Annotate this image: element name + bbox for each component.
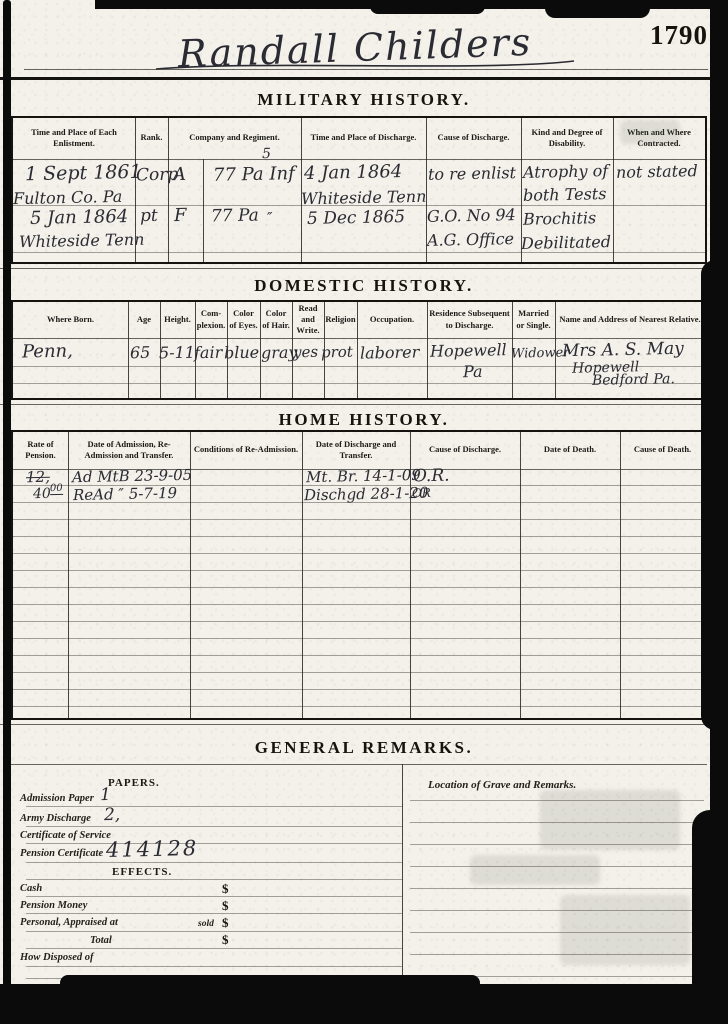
bleedthrough-smudge [620, 120, 680, 144]
name-rule-heavy [0, 77, 712, 80]
hw-rate-new: 40 [33, 486, 51, 502]
effects-rule-4 [26, 948, 402, 949]
col-header-date-death: Date of Death. [520, 432, 620, 468]
hw-home-discharge-1: Mt. Br. 14-1-09 [306, 466, 421, 486]
hw-occupation: laborer [360, 342, 420, 362]
home-bottom-double-rule [0, 724, 710, 725]
home-history-title: HOME HISTORY. [0, 410, 728, 430]
hw-cause-discharge-2b: A.G. Office [427, 229, 514, 250]
effects-rule-5 [26, 966, 402, 967]
col-header-readmission-conditions: Conditions of Re-Admission. [190, 432, 302, 468]
label-pension-money: Pension Money [20, 900, 87, 911]
hw-complexion: fair [194, 343, 223, 363]
col-header-residence: Residence Subsequent to Discharge. [427, 302, 512, 337]
hw-regiment-ditto: ″ [267, 209, 273, 227]
home-row-rule-13 [13, 689, 705, 690]
papers-heading: PAPERS. [108, 777, 160, 789]
col-header-company-regiment: Company and Regiment. [168, 118, 301, 158]
hw-married: Widower [511, 345, 570, 361]
hw-cause-discharge-2a: G.O. No 94 [427, 205, 516, 226]
pension-money-dollar-sign: $ [222, 898, 229, 914]
hw-discharge-place-1: Whiteside Tenn [301, 187, 427, 209]
home-row-rule-5 [13, 553, 705, 554]
col-header-born: Where Born. [13, 302, 128, 337]
bleedthrough-smudge [470, 855, 600, 885]
hw-born: Penn, [22, 340, 73, 362]
home-row-rule-6 [13, 570, 705, 571]
home-row-rule-7 [13, 587, 705, 588]
effects-rule-1 [26, 896, 402, 897]
scan-edge-right-blob-1 [701, 260, 728, 730]
general-remarks-top-rule [11, 764, 707, 765]
domestic-header-rule [13, 338, 705, 339]
bleedthrough-smudge [540, 790, 680, 850]
papers-rule-1 [26, 806, 402, 807]
hw-army-discharge-value: 2, [104, 805, 121, 825]
hw-enlistment-date-1: 1 Sept 1861 [25, 161, 142, 185]
hw-regiment-superscript: 5 [262, 146, 271, 162]
home-colline-3 [302, 432, 303, 718]
col-header-religion: Religion [324, 302, 357, 337]
military-bottom-double-rule [0, 268, 710, 269]
hw-discharge-date-2: 5 Dec 1865 [307, 207, 406, 229]
hw-height: 5-11 [159, 343, 195, 363]
total-dollar-sign: $ [222, 932, 229, 948]
general-remarks-title: GENERAL REMARKS. [0, 738, 728, 758]
hw-contracted-1: not stated [616, 161, 698, 182]
effects-rule-3 [26, 931, 402, 932]
hw-company-1: A [173, 164, 186, 185]
military-colline-7 [613, 118, 614, 262]
hw-religion: prot [321, 343, 353, 362]
military-history-title: MILITARY HISTORY. [0, 90, 728, 110]
hw-rate-new-superscript: 00 [50, 483, 63, 495]
hw-home-cause-1: O.R. [413, 466, 450, 487]
hw-relative-1: Mrs A. S. May [562, 339, 684, 362]
hw-relative-3: Bedford Pa. [592, 371, 675, 389]
hw-enlistment-place-2: Whiteside Tenn [19, 230, 145, 252]
domestic-colline-9 [427, 302, 428, 398]
hw-home-discharge-2: Dischgd 28-1-20 [304, 484, 429, 505]
hw-enlistment-date-2: 5 Jan 1864 [30, 206, 129, 229]
label-pension-certificate: Pension Certificate [20, 848, 103, 859]
home-row-rule-12 [13, 672, 705, 673]
col-header-cause-discharge: Cause of Discharge. [426, 118, 521, 158]
bleedthrough-smudge [560, 895, 690, 965]
col-header-rate: Rate of Pension. [13, 432, 68, 468]
papers-rule-4 [26, 862, 402, 863]
domestic-history-title: DOMESTIC HISTORY. [0, 276, 728, 296]
home-row-rule-10 [13, 638, 705, 639]
hw-regiment-1: 77 Pa Inf [213, 163, 295, 186]
home-row-rule-11 [13, 655, 705, 656]
col-header-age: Age [128, 302, 160, 337]
military-header-rule [13, 159, 705, 160]
col-header-discharge: Time and Place of Discharge. [301, 118, 426, 158]
scan-edge-left [3, 0, 11, 1024]
domestic-bottom-double-rule [0, 404, 710, 405]
col-header-read-write: Read and Write. [292, 302, 324, 337]
col-header-occupation: Occupation. [357, 302, 427, 337]
papers-rule-3 [26, 843, 402, 844]
general-remarks-divider [402, 764, 403, 982]
col-header-cause-discharge-home: Cause of Discharge. [410, 432, 520, 468]
hw-admission-paper-value: 1 [100, 785, 111, 805]
hw-home-cause-2: OR [412, 486, 431, 500]
signature-flourish [150, 56, 580, 74]
scanned-record-page: Randall Childers 1790 MILITARY HISTORY. … [0, 0, 728, 1024]
hw-cause-discharge-1: to re enlist [428, 163, 516, 184]
label-how-disposed-of: How Disposed of [20, 952, 94, 963]
personal-dollar-sign: $ [222, 915, 229, 931]
hw-read-write: yes [293, 343, 318, 362]
col-header-rank: Rank. [135, 118, 168, 158]
effects-heading: EFFECTS. [112, 866, 172, 878]
scan-edge-top-blob-1 [370, 0, 485, 14]
hw-residence-1: Hopewell [430, 340, 507, 361]
hw-residence-2: Pa [463, 362, 483, 381]
col-header-married: Married or Single. [512, 302, 555, 337]
label-army-discharge: Army Discharge [20, 813, 91, 824]
military-colline-2 [168, 118, 169, 262]
label-certificate-of-service: Certificate of Service [20, 830, 111, 841]
col-header-disability: Kind and Degree of Disability. [521, 118, 613, 158]
domestic-colline-1 [128, 302, 129, 398]
hw-discharge-date-1: 4 Jan 1864 [304, 161, 403, 184]
hw-age: 65 [130, 343, 151, 362]
label-cash: Cash [20, 883, 42, 894]
col-header-admission: Date of Admission, Re-Admission and Tran… [68, 432, 190, 468]
col-header-eyes: Color of Eyes. [227, 302, 260, 337]
papers-rule-2 [26, 826, 402, 827]
label-admission-paper: Admission Paper [20, 793, 94, 804]
hw-regiment-2: 77 Pa [211, 206, 259, 227]
effects-rule-0 [26, 879, 402, 880]
hw-company-2: F [174, 205, 187, 226]
home-row-rule-9 [13, 621, 705, 622]
col-header-height: Height. [160, 302, 195, 337]
home-row-rule-14 [13, 706, 705, 707]
hw-rate-old: 12, [26, 468, 50, 486]
hw-disability-1a: Atrophy of [523, 161, 609, 182]
col-header-relative: Name and Address of Nearest Relative. [555, 302, 705, 337]
grave-rule-5 [410, 888, 704, 889]
col-header-enlistment: Time and Place of Each Enlistment. [13, 118, 135, 158]
col-header-hair: Color of Hair. [260, 302, 292, 337]
page-number: 1790 [650, 20, 708, 51]
home-colline-5 [520, 432, 521, 718]
hw-pension-certificate-value: 414128 [106, 836, 199, 862]
home-row-rule-8 [13, 604, 705, 605]
col-header-complexion: Com-plexion. [195, 302, 227, 337]
label-sold: sold [198, 919, 214, 929]
name-rule-thin [24, 69, 708, 70]
cash-dollar-sign: $ [222, 881, 229, 897]
hw-rank-2: pt [140, 206, 158, 226]
col-header-cause-death: Cause of Death. [620, 432, 705, 468]
hw-admission-2: ReAd ″ 5-7-19 [73, 484, 177, 504]
label-total: Total [90, 935, 112, 946]
effects-rule-2 [26, 913, 402, 914]
scan-edge-top-blob-2 [545, 0, 650, 18]
hw-disability-1b: both Tests [523, 184, 607, 205]
hw-disability-2a: Brochitis [523, 208, 597, 229]
col-header-discharge-transfer: Date of Discharge and Transfer. [302, 432, 410, 468]
military-colline-3 [203, 159, 204, 262]
home-colline-6 [620, 432, 621, 718]
scan-edge-bottom-blob [60, 975, 480, 991]
hw-eyes: blue [224, 343, 260, 363]
domestic-colline-8 [357, 302, 358, 398]
label-personal-appraised: Personal, Appraised at [20, 917, 118, 928]
hw-disability-2b: Debilitated [521, 232, 611, 253]
home-colline-1 [68, 432, 69, 718]
home-row-rule-3 [13, 519, 705, 520]
hw-enlistment-place-1: Fulton Co. Pa [13, 187, 123, 208]
military-row-rule-2 [13, 252, 705, 253]
home-row-rule-4 [13, 536, 705, 537]
